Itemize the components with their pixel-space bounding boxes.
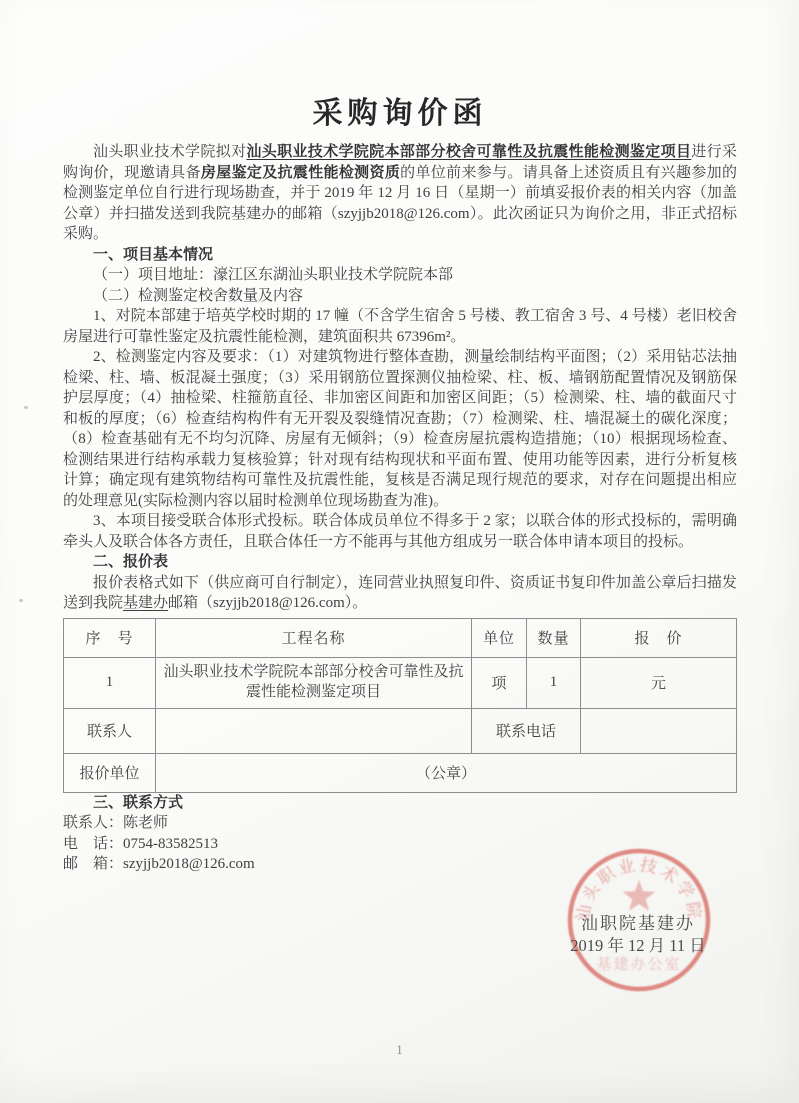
header-数量: 数量 <box>527 618 581 657</box>
cell-contact-value <box>156 708 472 753</box>
page-number: 1 <box>0 1042 799 1058</box>
quote-table: 序 号 工程名称 单位 数量 报 价 1 汕头职业技术学院院本部部分校舍可靠性及… <box>63 618 737 793</box>
cell-company-label: 报价单位 <box>64 753 156 792</box>
cell-price: 元 <box>581 657 737 708</box>
header-工程名称: 工程名称 <box>156 618 472 657</box>
cell-serial-no: 1 <box>64 657 156 708</box>
header-序号: 序 号 <box>64 618 156 657</box>
seal-arc-bottom-text: 基建办公室 <box>596 955 681 973</box>
scan-speck <box>19 599 23 602</box>
header-报价: 报 价 <box>581 618 737 657</box>
section1-item-address: （一）项目地址：濠江区东湖汕头职业技术学院院本部 <box>63 265 737 286</box>
section1-paragraph-3: 3、本项目接受联合体形式投标。联合体成员单位不得多于 2 家；以联合体的形式投标… <box>63 511 737 552</box>
document-content: 采购询价函 汕头职业技术学院拟对汕头职业技术学院院本部部分校舍可靠性及抗震性能检… <box>63 94 737 875</box>
note-text-2: 邮箱（szyjjb2018@126.com）。 <box>168 595 367 611</box>
section3-heading: 三、联系方式 <box>63 793 737 814</box>
page-title: 采购询价函 <box>63 94 737 134</box>
issuer-office: 汕职院基建办 <box>560 913 716 935</box>
header-单位: 单位 <box>472 618 527 657</box>
issuer-block: 汕职院基建办 2019 年 12 月 11 日 <box>560 913 716 957</box>
qualification-bold: 房屋鉴定及抗震性能检测资质 <box>201 165 400 181</box>
section1-paragraph-2: 2、检测鉴定内容及要求：（1）对建筑物进行整体查勘，测量绘制结构平面图；（2）采… <box>63 347 737 511</box>
table-row-project: 1 汕头职业技术学院院本部部分校舍可靠性及抗震性能检测鉴定项目 项 1 元 <box>64 657 737 708</box>
section1-heading: 一、项目基本情况 <box>63 245 737 266</box>
cell-phone-value <box>581 708 737 753</box>
cell-contact-label: 联系人 <box>64 708 156 753</box>
intro-text-1: 汕头职业技术学院拟对 <box>93 144 246 160</box>
cell-unit: 项 <box>472 657 527 708</box>
cell-quantity: 1 <box>527 657 581 708</box>
quote-table-header-row: 序 号 工程名称 单位 数量 报 价 <box>64 618 737 657</box>
section2-heading: 二、报价表 <box>63 552 737 573</box>
scanned-document-page: 采购询价函 汕头职业技术学院拟对汕头职业技术学院院本部部分校舍可靠性及抗震性能检… <box>0 0 799 1103</box>
table-row-company: 报价单位 （公章） <box>64 753 737 792</box>
project-name-underlined: 汕头职业技术学院院本部部分校舍可靠性及抗震性能检测鉴定项目 <box>246 144 691 160</box>
contact-person-line: 联系人：陈老师 <box>63 813 737 834</box>
section2-note: 报价表格式如下（供应商可自行制定），连同营业执照复印件、资质证书复印件加盖公章后… <box>63 573 737 614</box>
issuer-date: 2019 年 12 月 11 日 <box>560 935 716 957</box>
cell-project-name: 汕头职业技术学院院本部部分校舍可靠性及抗震性能检测鉴定项目 <box>156 657 472 708</box>
section1-item-scope: （二）检测鉴定校舍数量及内容 <box>63 286 737 307</box>
cell-seal-hint: （公章） <box>156 753 737 792</box>
scan-speck <box>24 406 28 409</box>
intro-paragraph: 汕头职业技术学院拟对汕头职业技术学院院本部部分校舍可靠性及抗震性能检测鉴定项目进… <box>63 142 737 245</box>
seal-star-icon <box>623 880 655 911</box>
section1-paragraph-1: 1、对院本部建于培英学校时期的 17 幢（不含学生宿舍 5 号楼、教工宿舍 3 … <box>63 306 737 347</box>
table-row-contact: 联系人 联系电话 <box>64 708 737 753</box>
cell-phone-label: 联系电话 <box>472 708 581 753</box>
note-text-underlined: 基建办 <box>123 595 168 611</box>
